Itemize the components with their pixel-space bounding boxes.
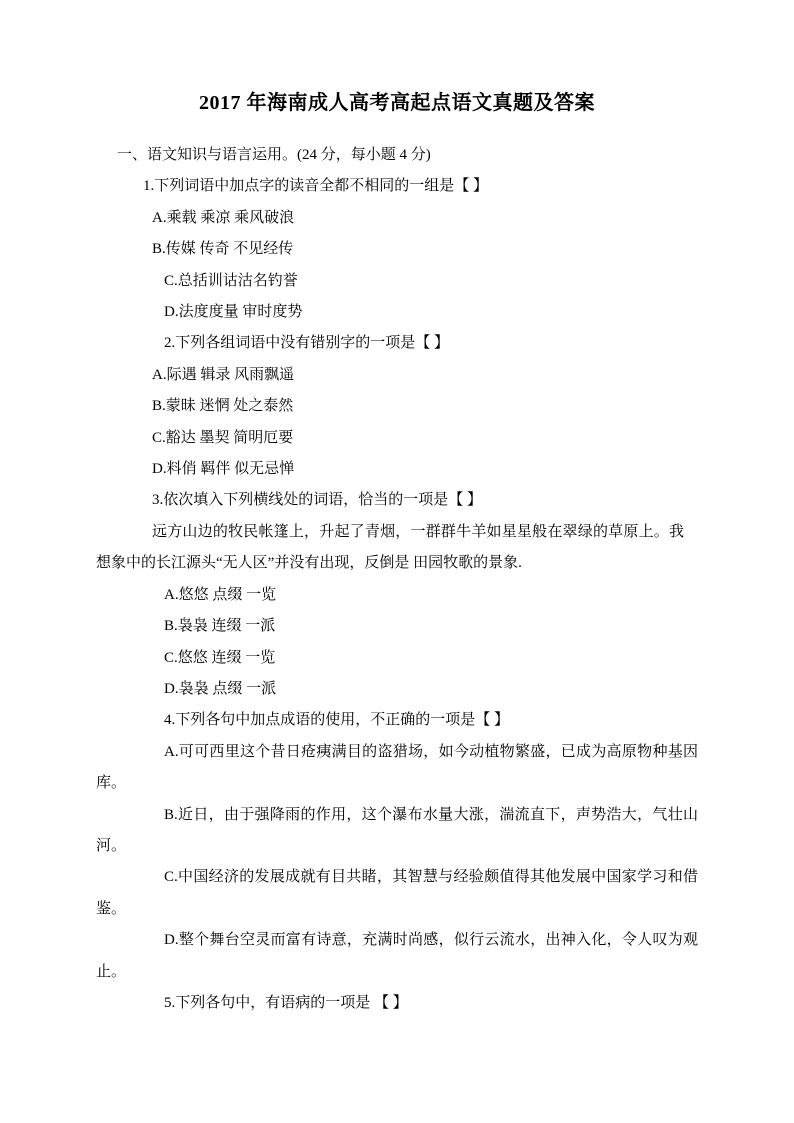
question-4-option-b: B.近日，由于强降雨的作用，这个瀑布水量大涨，湍流直下，声势浩大，气壮山河。 — [96, 800, 698, 863]
exam-document-page: 2017 年海南成人高考高起点语文真题及答案 一、语文知识与语言运用。(24 分… — [0, 0, 794, 1123]
question-1-option-b: B.传媒 传奇 不见经传 — [152, 234, 698, 265]
page-content: 2017 年海南成人高考高起点语文真题及答案 一、语文知识与语言运用。(24 分… — [0, 0, 794, 1019]
question-4-option-c: C.中国经济的发展成就有目共睹，其智慧与经验颇值得其他发展中国家学习和借鉴。 — [96, 862, 698, 925]
question-3-passage: 远方山边的牧民帐篷上，升起了青烟，一群群牛羊如星星般在翠绿的草原上。我想象中的长… — [96, 517, 684, 580]
question-1-option-d: D.法度度量 审时度势 — [164, 297, 698, 328]
question-4-option-d: D.整个舞台空灵而富有诗意，充满时尚感，似行云流水，出神入化，令人叹为观止。 — [96, 925, 698, 988]
question-2-option-c: C.豁达 墨契 简明厄要 — [152, 423, 698, 454]
question-1-option-a: A.乘载 乘凉 乘风破浪 — [152, 203, 698, 234]
question-5-stem: 5.下列各句中，有语病的一项是 【 】 — [164, 988, 698, 1019]
question-3-option-a: A.悠悠 点缀 一览 — [164, 580, 698, 611]
question-1-option-c: C.总括训诂沽名钓誉 — [164, 266, 698, 297]
exam-title: 2017 年海南成人高考高起点语文真题及答案 — [96, 86, 698, 120]
question-1-stem: 1.下列词语中加点字的读音全都不相同的一组是【 】 — [143, 171, 698, 202]
question-3-option-b: B.袅袅 连缀 一派 — [164, 611, 698, 642]
section-heading: 一、语文知识与语言运用。(24 分，每小题 4 分) — [117, 140, 698, 171]
question-3-option-d: D.袅袅 点缀 一派 — [164, 674, 698, 705]
question-2-option-a: A.际遇 辑录 风雨飘遥 — [152, 360, 698, 391]
question-2-option-d: D.料俏 羁伴 似无忌惮 — [152, 454, 698, 485]
question-2-option-b: B.蒙昧 迷惘 处之泰然 — [152, 391, 698, 422]
question-4-option-a: A.可可西里这个昔日疮痍满目的盗猎场，如今动植物繁盛，已成为高原物种基因库。 — [96, 737, 698, 800]
question-3-option-c: C.悠悠 连缀 一览 — [164, 643, 698, 674]
question-2-stem: 2.下列各组词语中没有错别字的一项是【 】 — [164, 328, 698, 359]
question-3-stem: 3.依次填入下列横线处的词语，恰当的一项是【 】 — [152, 485, 698, 516]
question-4-stem: 4.下列各句中加点成语的使用，不正确的一项是【 】 — [164, 705, 698, 736]
